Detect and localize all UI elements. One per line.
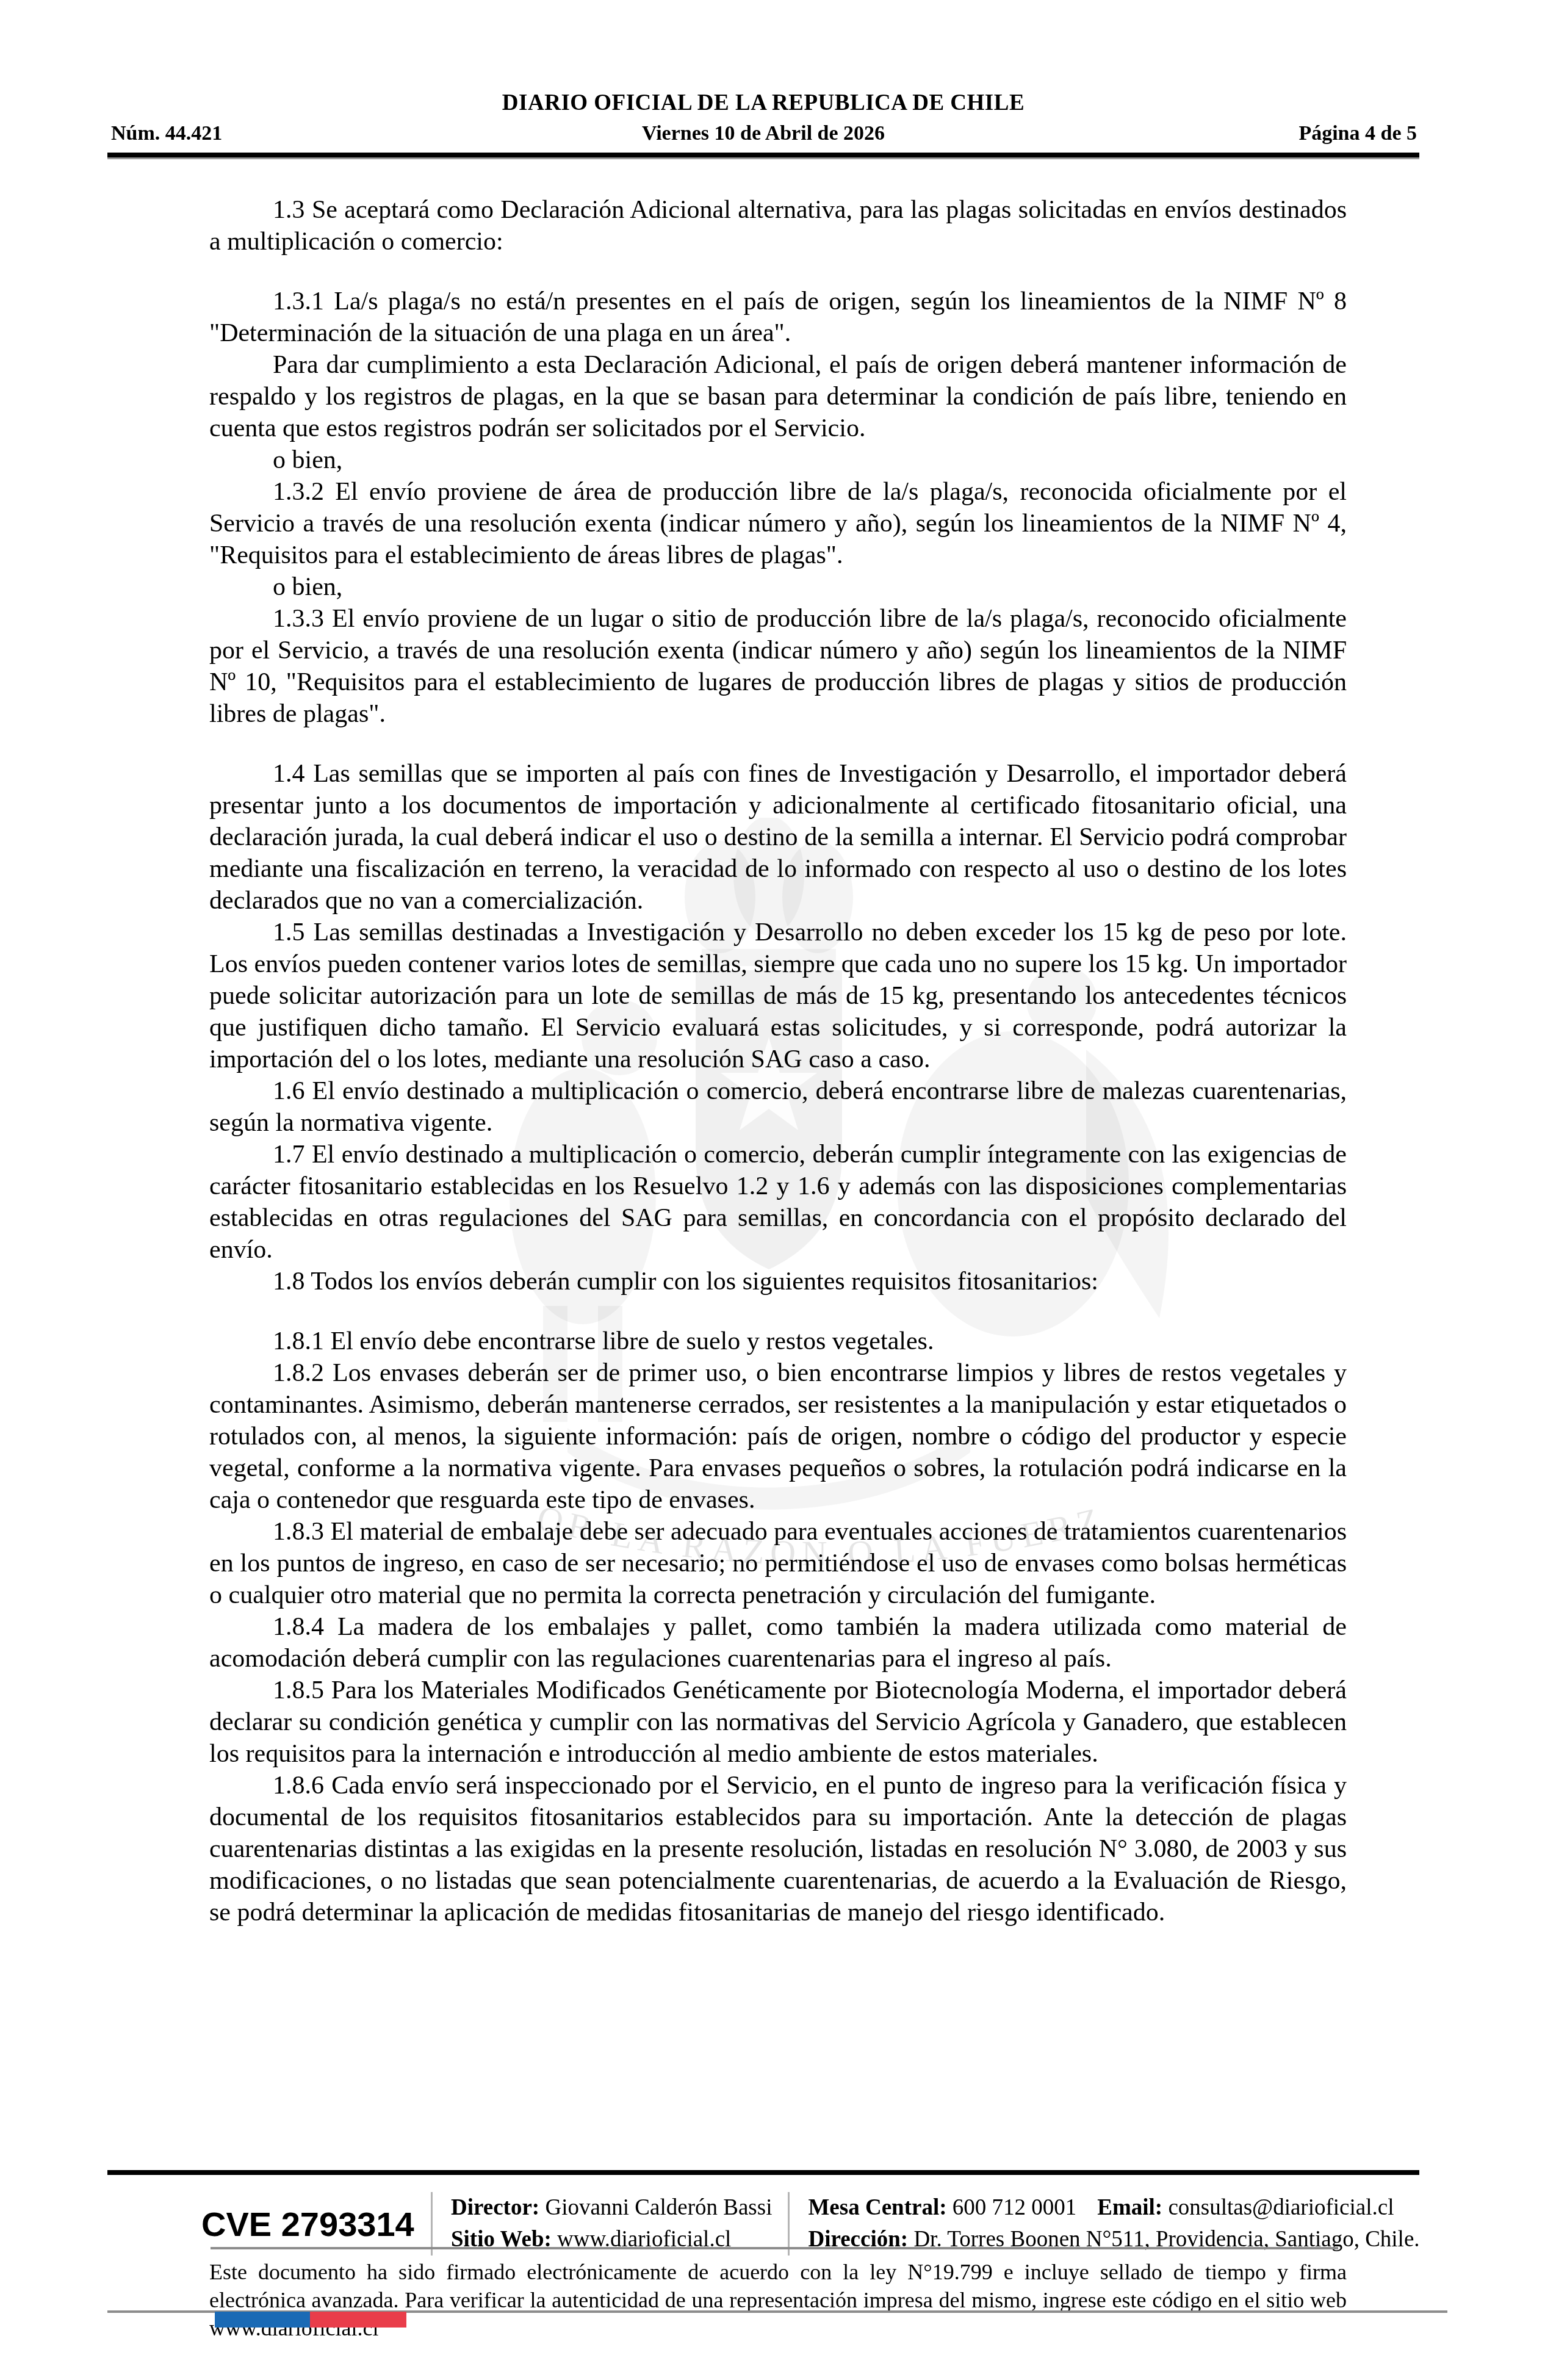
paragraph-o-bien-2: o bien,	[209, 571, 1347, 603]
paragraph-1-7: 1.7 El envío destinado a multiplicación …	[209, 1139, 1347, 1266]
legal-notice: Este documento ha sido firmado electróni…	[209, 2258, 1347, 2342]
footer-rule	[107, 2170, 1419, 2175]
paragraph-1-3-2: 1.3.2 El envío proviene de área de produ…	[209, 476, 1347, 571]
chile-flag-bar	[215, 2312, 406, 2328]
phone-label: Mesa Central:	[808, 2195, 946, 2220]
director-label: Director:	[451, 2195, 539, 2220]
footer-info-bar: CVE 2793314 Director: Giovanni Calderón …	[201, 2193, 1355, 2254]
header-rule	[107, 153, 1419, 159]
footer-contact-column: Mesa Central: 600 712 0001Email: consult…	[788, 2192, 1419, 2256]
paragraph-1-8-4: 1.8.4 La madera de los embalajes y palle…	[209, 1611, 1347, 1675]
address-line: Dirección: Dr. Torres Boonen N°511, Prov…	[808, 2224, 1419, 2256]
paragraph-1-5: 1.5 Las semillas destinadas a Investigac…	[209, 917, 1347, 1075]
paragraph-1-8-6: 1.8.6 Cada envío será inspeccionado por …	[209, 1770, 1347, 1928]
website-line: Sitio Web: www.diarioficial.cl	[451, 2224, 772, 2256]
email-label: Email:	[1097, 2195, 1162, 2220]
paragraph-1-8: 1.8 Todos los envíos deberán cumplir con…	[209, 1266, 1347, 1297]
paragraph-1-4: 1.4 Las semillas que se importen al país…	[209, 758, 1347, 917]
flag-red-block	[310, 2312, 406, 2328]
director-name: Giovanni Calderón Bassi	[545, 2195, 772, 2220]
publication-date: Viernes 10 de Abril de 2026	[107, 120, 1419, 148]
header-row: Núm. 44.421 Viernes 10 de Abril de 2026 …	[107, 120, 1419, 148]
phone-email-line: Mesa Central: 600 712 0001Email: consult…	[808, 2192, 1419, 2224]
paragraph-1-8-3: 1.8.3 El material de embalaje debe ser a…	[209, 1516, 1347, 1611]
page-indicator: Página 4 de 5	[1298, 120, 1417, 148]
director-line: Director: Giovanni Calderón Bassi	[451, 2192, 772, 2224]
footer-divider-rule	[211, 2247, 1338, 2249]
paragraph-o-bien-1: o bien,	[209, 444, 1347, 476]
email-address: consultas@diarioficial.cl	[1168, 2195, 1394, 2220]
paragraph-1-3-3: 1.3.3 El envío proviene de un lugar o si…	[209, 603, 1347, 730]
document-page: POR LA RAZON O LA FUERZA DIARIO OFICIAL …	[0, 0, 1556, 2380]
phone-number: 600 712 0001	[953, 2195, 1077, 2220]
publication-title: DIARIO OFICIAL DE LA REPUBLICA DE CHILE	[107, 90, 1419, 116]
cve-code: CVE 2793314	[201, 2204, 415, 2244]
paragraph-1-3-1-nota: Para dar cumplimiento a esta Declaración…	[209, 349, 1347, 444]
paragraph-1-6: 1.6 El envío destinado a multiplicación …	[209, 1075, 1347, 1139]
footer-director-column: Director: Giovanni Calderón Bassi Sitio …	[431, 2192, 772, 2256]
document-body: 1.3 Se aceptará como Declaración Adicion…	[209, 194, 1347, 1928]
paragraph-1-8-2: 1.8.2 Los envases deberán ser de primer …	[209, 1357, 1347, 1516]
flag-blue-block	[215, 2312, 310, 2328]
paragraph-1-3: 1.3 Se aceptará como Declaración Adicion…	[209, 194, 1347, 258]
paragraph-1-3-1: 1.3.1 La/s plaga/s no está/n presentes e…	[209, 286, 1347, 349]
paragraph-1-8-5: 1.8.5 Para los Materiales Modificados Ge…	[209, 1675, 1347, 1770]
paragraph-1-8-1: 1.8.1 El envío debe encontrarse libre de…	[209, 1325, 1347, 1357]
